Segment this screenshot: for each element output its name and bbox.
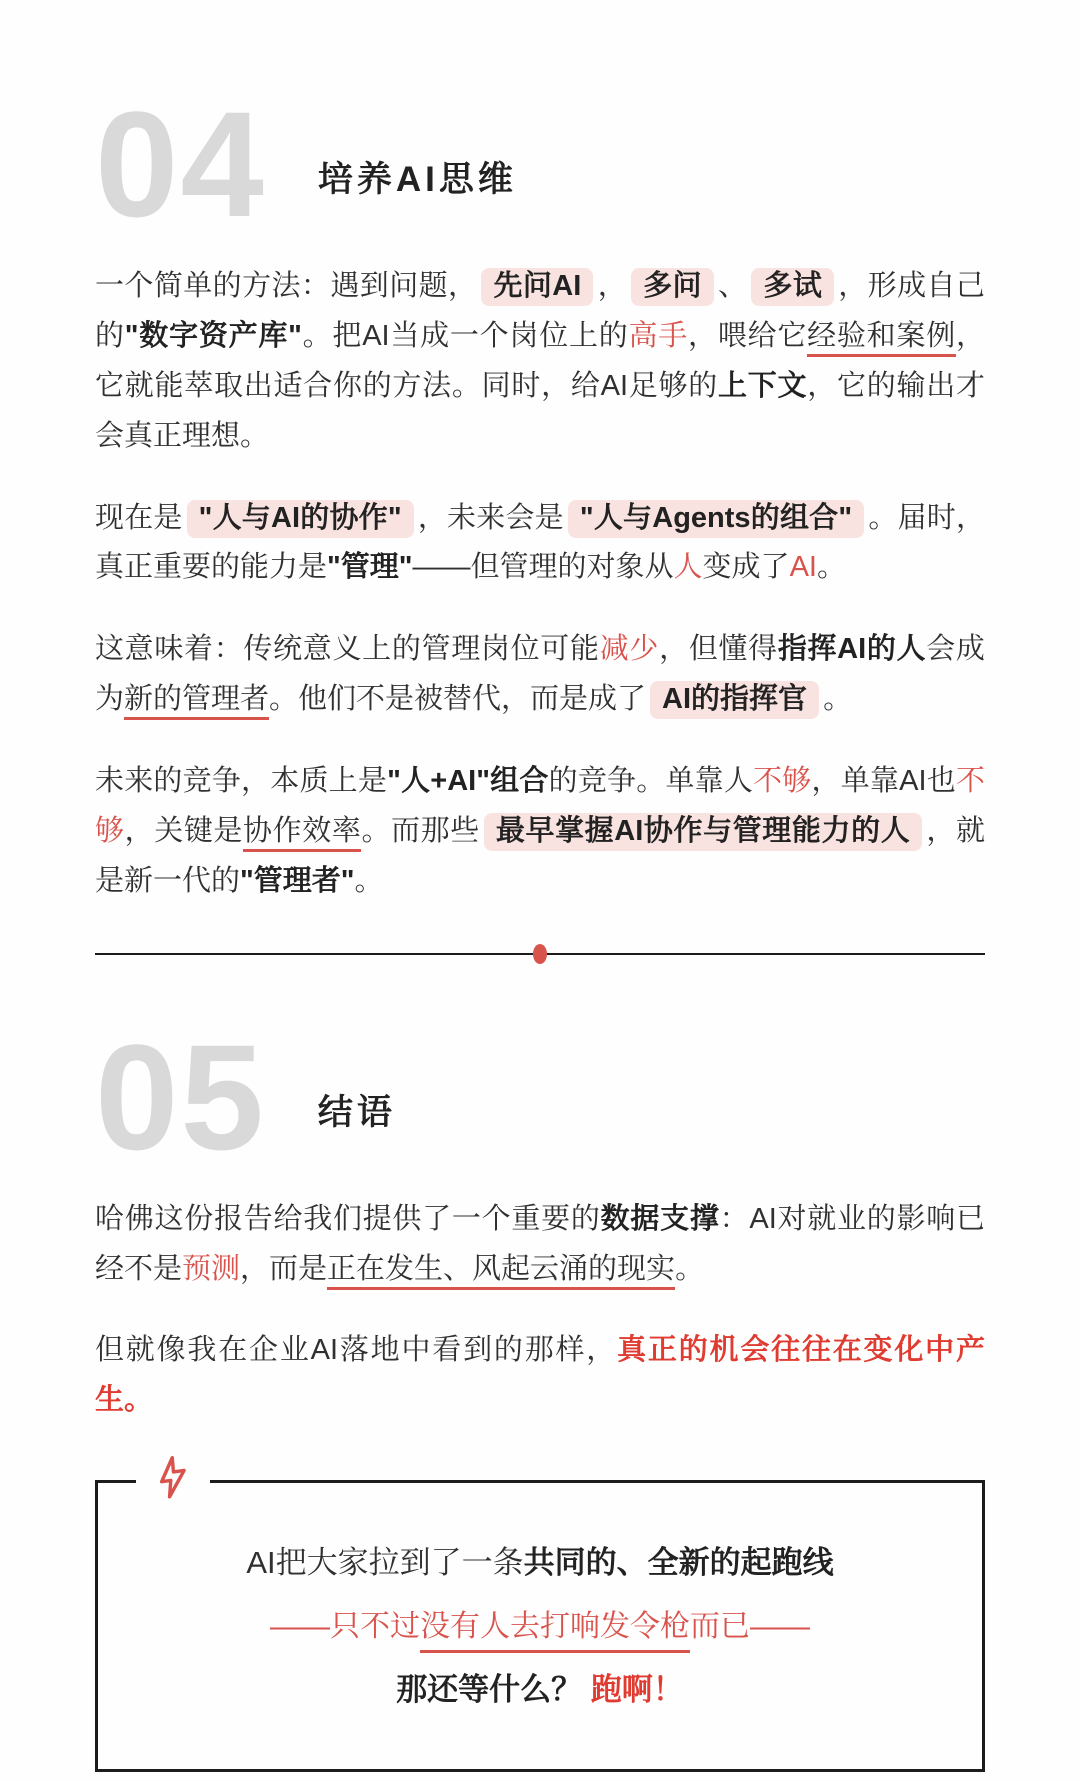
- section-04-header: 04 培养AI思维: [95, 86, 985, 238]
- text-segment: 指挥AI的人: [778, 633, 926, 665]
- section-05-number: 05: [95, 1024, 266, 1171]
- text-segment: "人与AI的协作": [187, 500, 414, 538]
- text-segment: 。: [817, 551, 846, 583]
- text-segment: 减少: [600, 633, 659, 665]
- text-segment: "管理者": [240, 865, 355, 897]
- text-segment: AI把大家拉到了一条: [246, 1545, 523, 1580]
- paragraph-harvard-report: 哈佛这份报告给我们提供了一个重要的数据支撑：AI对就业的影响已经不是预测，而是正…: [95, 1195, 985, 1295]
- text-segment: 数据支撑: [601, 1203, 720, 1235]
- text-segment: 而已——: [690, 1610, 810, 1643]
- text-segment: 那还等什么？: [396, 1672, 582, 1707]
- text-segment: 多问: [631, 268, 714, 306]
- text-segment: 哈佛这份报告给我们提供了一个重要的: [95, 1203, 601, 1235]
- text-segment: 共同的、全新的起跑线: [524, 1545, 834, 1580]
- text-segment: 经验和案例: [807, 320, 956, 357]
- section-05-title: 结语: [318, 1085, 396, 1135]
- text-segment: 现在是: [95, 502, 183, 534]
- text-segment: "人与Agents的组合": [568, 500, 864, 538]
- text-segment: AI的指挥官: [650, 681, 819, 719]
- text-segment: 。: [823, 683, 852, 715]
- text-segment: ——只不过: [270, 1610, 420, 1643]
- text-segment: AI: [790, 551, 817, 583]
- callout-line-run: 那还等什么？ 跑啊！: [128, 1670, 952, 1710]
- divider-dot-icon: [533, 944, 547, 964]
- text-segment: ，: [597, 270, 627, 302]
- paragraph-collaboration-future: 现在是"人与AI的协作"，未来会是"人与Agents的组合"。届时，真正重要的能…: [95, 494, 985, 594]
- text-segment: 最早掌握AI协作与管理能力的人: [484, 813, 922, 851]
- text-segment: 的竞争。单靠人: [549, 765, 753, 797]
- text-segment: 新的管理者: [124, 683, 269, 720]
- text-segment: 预测: [182, 1253, 240, 1285]
- lightning-icon: [136, 1449, 210, 1505]
- section-04-title: 培养AI思维: [318, 152, 517, 202]
- callout-line-starting-line: AI把大家拉到了一条共同的、全新的起跑线: [128, 1543, 952, 1583]
- paragraph-management-shift: 这意味着：传统意义上的管理岗位可能减少，但懂得指挥AI的人会成为新的管理者。他们…: [95, 625, 985, 725]
- text-segment: ，未来会是: [418, 502, 564, 534]
- text-segment: 上下文: [718, 370, 807, 402]
- text-segment: 这意味着：传统意义上的管理岗位可能: [95, 633, 600, 665]
- text-segment: ，关键是: [125, 815, 243, 847]
- callout-box: AI把大家拉到了一条共同的、全新的起跑线 ——只不过没有人去打响发令枪而已—— …: [95, 1480, 985, 1772]
- section-05-header: 05 结语: [95, 1019, 985, 1171]
- text-segment: 变成了: [703, 551, 790, 583]
- text-segment: 、: [718, 270, 747, 302]
- text-segment: 。: [675, 1253, 704, 1285]
- text-segment: 协作效率: [243, 815, 361, 852]
- text-segment: [582, 1672, 591, 1707]
- paragraph-future-competition: 未来的竞争，本质上是"人+AI"组合的竞争。单靠人不够，单靠AI也不够，关键是协…: [95, 757, 985, 907]
- text-segment: ，但懂得: [659, 633, 778, 665]
- text-segment: 。: [355, 865, 384, 897]
- text-segment: 多试: [751, 268, 834, 306]
- text-segment: "数字资产库": [125, 320, 302, 352]
- text-segment: "管理": [327, 551, 413, 583]
- text-segment: 。把AI当成一个岗位上的: [302, 320, 629, 352]
- text-segment: 。他们不是被替代，而是成了: [269, 683, 646, 715]
- text-segment: 先问AI: [481, 268, 593, 306]
- section-05: 05 结语 哈佛这份报告给我们提供了一个重要的数据支撑：AI对就业的影响已经不是…: [95, 1019, 985, 1427]
- callout-line-starting-gun: ——只不过没有人去打响发令枪而已——: [128, 1607, 952, 1646]
- text-segment: 没有人去打响发令枪: [420, 1610, 690, 1653]
- text-segment: 。而那些: [361, 815, 479, 847]
- section-04-number: 04: [95, 91, 266, 238]
- text-segment: "人+AI"组合: [387, 765, 549, 797]
- text-segment: 跑啊！: [591, 1672, 684, 1707]
- article-page: 04 培养AI思维 一个简单的方法：遇到问题，先问AI，多问、多试，形成自己的"…: [0, 0, 1080, 1772]
- text-segment: ，喂给它: [688, 320, 807, 352]
- text-segment: 未来的竞争，本质上是: [95, 765, 387, 797]
- text-segment: 一个简单的方法：遇到问题，: [95, 270, 477, 302]
- text-segment: 但就像我在企业AI落地中看到的那样，: [95, 1334, 617, 1366]
- paragraph-real-opportunity: 但就像我在企业AI落地中看到的那样，真正的机会往往在变化中产生。: [95, 1326, 985, 1426]
- section-04: 04 培养AI思维 一个简单的方法：遇到问题，先问AI，多问、多试，形成自己的"…: [95, 86, 985, 907]
- paragraph-ai-method: 一个简单的方法：遇到问题，先问AI，多问、多试，形成自己的"数字资产库"。把AI…: [95, 262, 985, 462]
- text-segment: 正在发生、风起云涌的现实: [327, 1253, 675, 1290]
- text-segment: ，单靠AI也: [812, 765, 956, 797]
- section-divider: [95, 953, 985, 955]
- text-segment: ，而是: [240, 1253, 327, 1285]
- text-segment: 不够: [753, 765, 811, 797]
- text-segment: 高手: [629, 320, 689, 352]
- text-segment: 人: [674, 551, 703, 583]
- text-segment: ——但管理的对象从: [413, 551, 674, 583]
